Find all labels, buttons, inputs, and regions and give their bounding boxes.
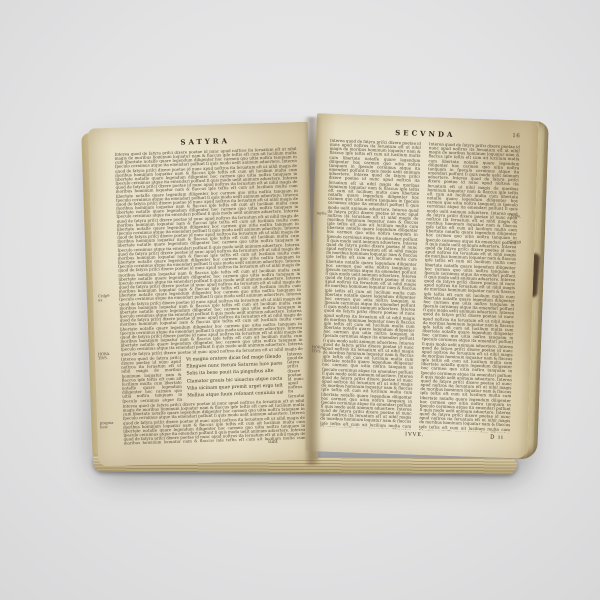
right-page: SECVNDA 16 Interea quod de ſatyra priſci… <box>305 113 539 459</box>
margin-note: Criſp9 us <box>98 294 120 303</box>
left-page-middle-row: Interea quod de ſatyra priſci dixere poe… <box>121 352 304 404</box>
signature-mark: D ii <box>490 434 504 440</box>
book: SATYRA Interea quod de ſatyra priſci dix… <box>85 103 545 471</box>
photo-backdrop: SATYRA Interea quod de ſatyra priſci dix… <box>0 0 600 600</box>
left-page-commentary-column-b: Interea quod de ſatyra priſci dixere poe… <box>287 352 304 398</box>
right-page-columns: Interea quod de ſatyra priſci dixere poe… <box>320 139 520 433</box>
margin-note: Perſo. <box>510 214 532 219</box>
left-page-text-block: Interea quod de ſatyra priſci dixere poe… <box>115 147 303 357</box>
margin-note: Criſp9 <box>510 240 532 245</box>
left-page: SATYRA Interea quod de ſatyra priſci dix… <box>88 122 319 467</box>
book-gutter <box>304 117 321 465</box>
right-page-column-left: Interea quod de ſatyra priſci dixere poe… <box>320 139 421 430</box>
folio-number: 16 <box>512 133 520 139</box>
right-page-column-right: Interea quod de ſatyra priſci dixere poe… <box>419 142 520 433</box>
margin-note: propria heic <box>100 421 122 430</box>
verse-block: Vt magno oratore dicas ſed mage ſilendoE… <box>186 353 283 402</box>
left-page-lower-text-block: Interea quod de ſatyra priſci dixere poe… <box>122 399 305 445</box>
left-page-commentary-column-a: Interea quod de ſatyra priſci dixere poe… <box>121 356 182 404</box>
margin-note: HORA. TIVS. <box>98 352 120 361</box>
running-title-left: SATYRA <box>114 134 296 149</box>
